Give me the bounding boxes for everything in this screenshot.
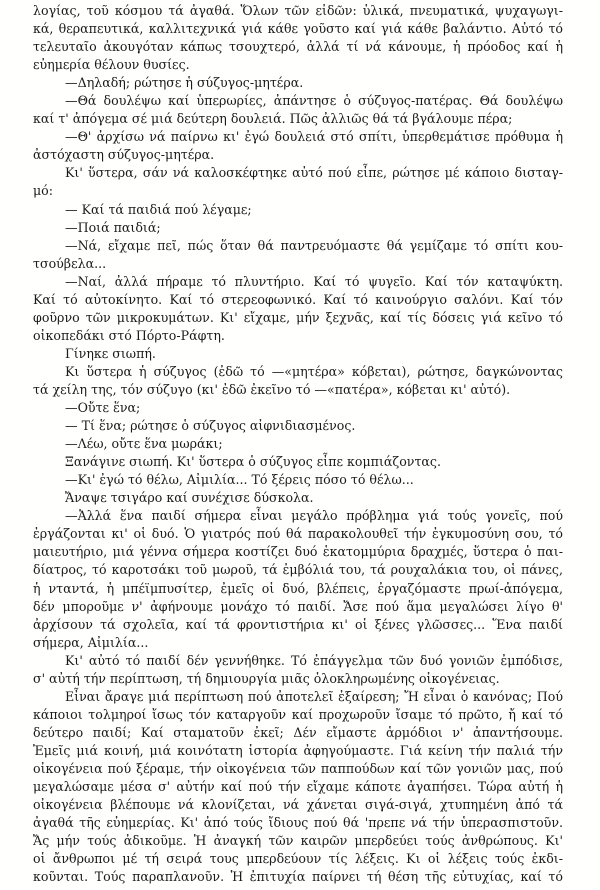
text-line: —Ποιά παιδιά; — [33, 219, 563, 237]
text-line: —Νά, εἴχαμε πεῖ, πώς ὅταν θά παντρευόμασ… — [33, 237, 563, 255]
text-line: — Τί ἕνα; ρώτησε ὁ σύζυγος αἰφνιδιασμένο… — [33, 417, 563, 435]
text-line: ἀστόχαστη σύζυγος-μητέρα. — [33, 146, 563, 164]
body-text: λογίας, τοῦ κόσμου τά ἀγαθά. Ὅλων τῶν εἰ… — [33, 2, 563, 886]
text-line: οἰκογένεια βλέπουμε νά κλονίζεται, νά χά… — [33, 796, 563, 814]
text-line: ἡ νταντά, ἡ μπέϊμπυσίτερ, ἐμεῖς οἱ δυό, … — [33, 580, 563, 598]
text-line: μαιευτήριο, μιά γέννα σήμερα κοστίζει δυ… — [33, 543, 563, 561]
text-line: —Ἀλλά ἕνα παιδί σήμερα εἶναι μεγάλο πρόβ… — [33, 507, 563, 525]
text-line: σήμερα, Αἰμιλία... — [33, 634, 563, 652]
text-line: Ἐμεῖς μιά κοινή, μιά κοινότατη ἱστορία ἀ… — [33, 742, 563, 760]
text-line: σ' αὐτή τήν περίπτωση, τή δημιουργία μιᾶ… — [33, 670, 563, 688]
text-line: δέν μποροῦμε ν' ἀφήνουμε μονάχο τό παιδί… — [33, 598, 563, 616]
text-line: μεγαλώσαμε μέσα σ' αὐτήν καί πού τήν εἴχ… — [33, 778, 563, 796]
text-line: —Θά δουλέψω καί ὑπερωρίες, ἀπάντησε ὁ σύ… — [33, 92, 563, 110]
text-line: —Κι' ἐγώ τό θέλω, Αἰμιλία... Τό ξέρεις π… — [33, 471, 563, 489]
text-line: λογίας, τοῦ κόσμου τά ἀγαθά. Ὅλων τῶν εἰ… — [33, 2, 563, 20]
text-line: τελευταῖο ἀκουγόταν κάπως τσουχτερό, ἀλλ… — [33, 38, 563, 56]
text-line: Εἶναι ἄραγε μιά περίπτωση πού ἀποτελεῖ ἐ… — [33, 688, 563, 706]
text-line: Κι' αὐτό τό παιδί δέν γεννήθηκε. Τό ἐπάγ… — [33, 652, 563, 670]
text-line: Γίνηκε σιωπή. — [33, 345, 563, 363]
text-line: δεύτερο παιδί; Καί σταματοῦν ἐκεῖ; Δέν ε… — [33, 724, 563, 742]
text-line: Κι' ὕστερα, σάν νά καλοσκέφτηκε αὐτό πού… — [33, 164, 563, 182]
text-line: Ἄς μήν τούς ἀδικοῦμε. Ἡ ἀναγκή τῶν καιρῶ… — [33, 832, 563, 850]
text-line: μό: — [33, 182, 563, 200]
text-line: —Λέω, οὔτε ἕνα μωράκι; — [33, 435, 563, 453]
text-line: ἐργάζονται κι' οἱ δυό. Ὁ γιατρός πού θά … — [33, 525, 563, 543]
text-line: —Θ' ἀρχίσω νά παίρνω κι' ἐγώ δουλειά στό… — [33, 128, 563, 146]
text-line: τσούβελα... — [33, 255, 563, 273]
text-line: οἱ ἄνθρωποι μέ τή σειρά τους μπερδεύουν … — [33, 850, 563, 868]
text-line: Ἄναψε τσιγάρο καί συνέχισε δύσκολα. — [33, 489, 563, 507]
text-line: — Καί τά παιδιά πού λέγαμε; — [33, 201, 563, 219]
text-line: ἀγαθά τῆς εὐημερίας. Κι' ἀπό τούς ἴδιους… — [33, 814, 563, 832]
text-line: —Οὔτε ἕνα; — [33, 399, 563, 417]
text-line: φοῦρνο τῶν μικροκυμάτων. Κι' εἴχαμε, μήν… — [33, 309, 563, 327]
text-line: Καί τό αὐτοκίνητο. Καί τό στερεοφωνικό. … — [33, 291, 563, 309]
text-line: κάποιοι τολμηροί ἴσως τόν καταργοῦν καί … — [33, 706, 563, 724]
text-line: κά, θεραπευτικά, καλλιτεχνικά γιά κάθε γ… — [33, 20, 563, 38]
text-line: οἰκοπεδάκι στό Πόρτο-Ράφτη. — [33, 327, 563, 345]
text-line: τά χείλη της, τόν σύζυγο (κι' ἐδῶ ἐκεῖνο… — [33, 381, 563, 399]
text-line: —Ναί, ἀλλά πήραμε τό πλυντήριο. Καί τό ψ… — [33, 273, 563, 291]
text-line: εὐημερία θέλουν θυσίες. — [33, 56, 563, 74]
text-line: Κι ὕστερα ἡ σύζυγος (ἐδῶ τό —«μητέρα» κό… — [33, 363, 563, 381]
text-line: Ξανάγινε σιωπή. Κι' ὕστερα ὁ σύζυγος εἶπ… — [33, 453, 563, 471]
text-line: καί τ' ἀπόγεμα σέ μιά δεύτερη δουλειά. Π… — [33, 110, 563, 128]
text-line: δίατρος, τό καροτσάκι τοῦ μωροῦ, τά ἐμβό… — [33, 561, 563, 579]
scanned-page: λογίας, τοῦ κόσμου τά ἀγαθά. Ὅλων τῶν εἰ… — [0, 0, 600, 890]
text-line: —Δηλαδή; ρώτησε ἡ σύζυγος-μητέρα. — [33, 74, 563, 92]
text-line: οἰκογένεια πού ξέραμε, τήν οἰκογένεια τῶ… — [33, 760, 563, 778]
text-line: ἀρχίσουν τά σχολεῖα, καί τά φροντιστήρια… — [33, 616, 563, 634]
text-line: κοῦνται. Τούς παραπλανοῦν. Ἡ ἐπιτυχία πα… — [33, 868, 563, 886]
